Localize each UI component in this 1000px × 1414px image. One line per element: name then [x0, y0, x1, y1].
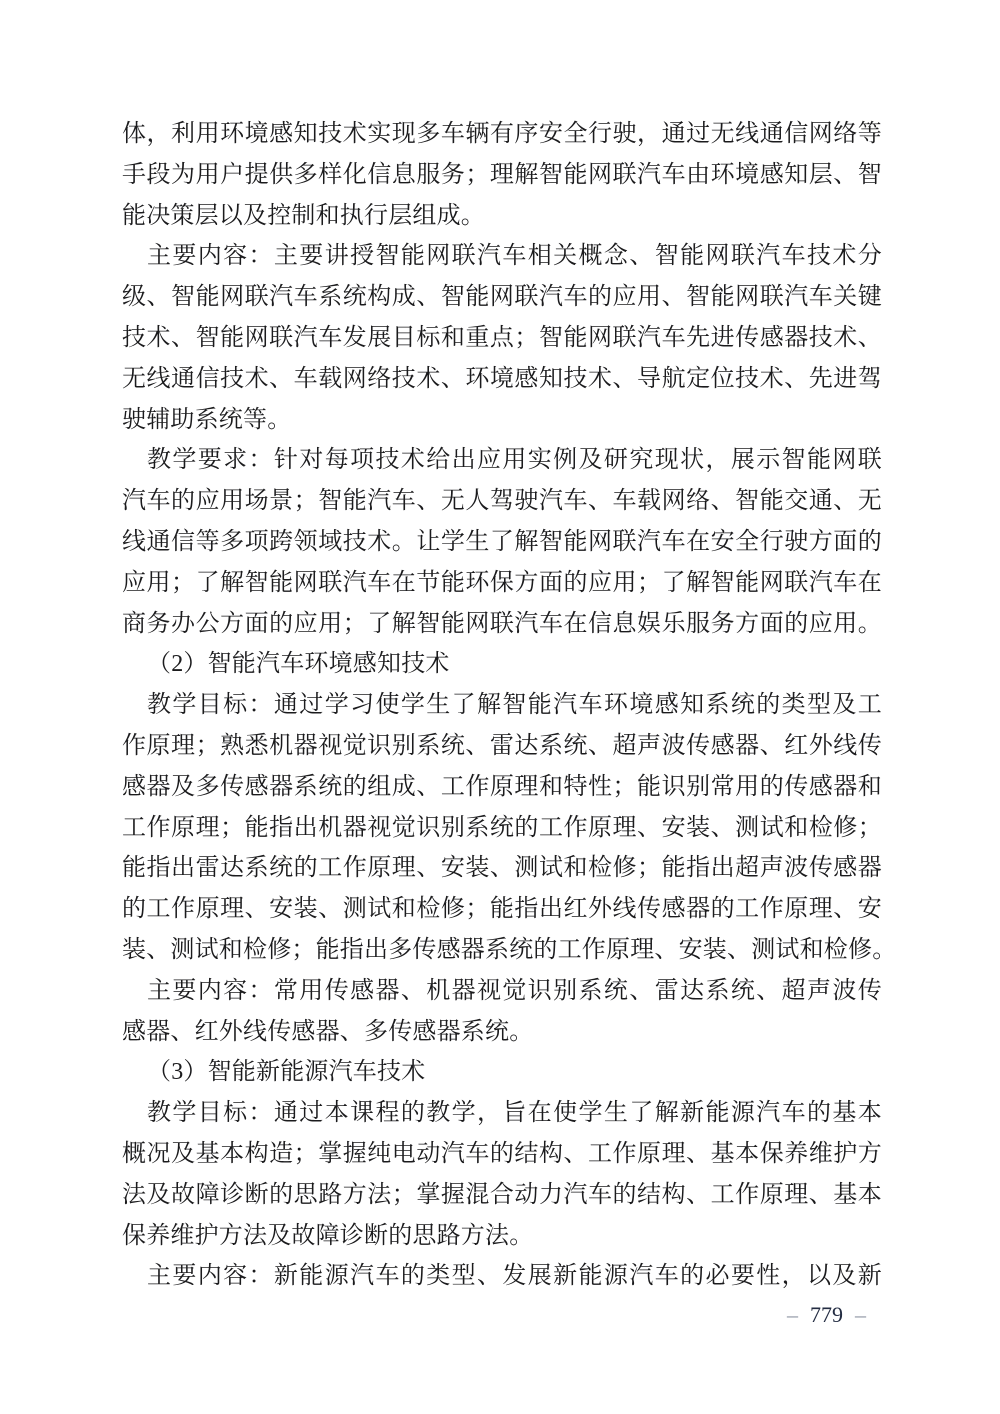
text-line: 教学要求：针对每项技术给出应用实例及研究现状，展示智能网联 [122, 440, 882, 481]
text-line: 技术、智能网联汽车发展目标和重点；智能网联汽车先进传感器技术、 [122, 318, 882, 359]
text-line: 汽车的应用场景；智能汽车、无人驾驶汽车、车载网络、智能交通、无 [122, 481, 882, 522]
page-number: 779 [810, 1302, 843, 1327]
text-line: 概况及基本构造；掌握纯电动汽车的结构、工作原理、基本保养维护方 [122, 1134, 882, 1175]
text-line: （3）智能新能源汽车技术 [122, 1052, 882, 1093]
text-line: 教学目标：通过学习使学生了解智能汽车环境感知系统的类型及工 [122, 685, 882, 726]
text-line: 能指出雷达系统的工作原理、安装、测试和检修；能指出超声波传感器 [122, 848, 882, 889]
text-line: 工作原理；能指出机器视觉识别系统的工作原理、安装、测试和检修； [122, 808, 882, 849]
text-line: 应用；了解智能网联汽车在节能环保方面的应用；了解智能网联汽车在 [122, 563, 882, 604]
text-line: 能决策层以及控制和执行层组成。 [122, 196, 882, 237]
text-line: 主要内容：新能源汽车的类型、发展新能源汽车的必要性，以及新 [122, 1256, 882, 1297]
text-line: 装、测试和检修；能指出多传感器系统的工作原理、安装、测试和检修。 [122, 930, 882, 971]
footer-dash-left: – [787, 1302, 798, 1327]
text-line: 法及故障诊断的思路方法；掌握混合动力汽车的结构、工作原理、基本 [122, 1175, 882, 1216]
text-line: 体，利用环境感知技术实现多车辆有序安全行驶，通过无线通信网络等 [122, 114, 882, 155]
text-line: 作原理；熟悉机器视觉识别系统、雷达系统、超声波传感器、红外线传 [122, 726, 882, 767]
text-line: 商务办公方面的应用；了解智能网联汽车在信息娱乐服务方面的应用。 [122, 604, 882, 645]
text-line: 级、智能网联汽车系统构成、智能网联汽车的应用、智能网联汽车关键 [122, 277, 882, 318]
text-line: 主要内容：主要讲授智能网联汽车相关概念、智能网联汽车技术分 [122, 236, 882, 277]
page-footer: –779– [787, 1300, 866, 1330]
text-line: 保养维护方法及故障诊断的思路方法。 [122, 1216, 882, 1257]
text-line: 感器及多传感器系统的组成、工作原理和特性；能识别常用的传感器和 [122, 767, 882, 808]
text-line: 无线通信技术、车载网络技术、环境感知技术、导航定位技术、先进驾 [122, 359, 882, 400]
text-line: 教学目标：通过本课程的教学，旨在使学生了解新能源汽车的基本 [122, 1093, 882, 1134]
text-line: 感器、红外线传感器、多传感器系统。 [122, 1012, 882, 1053]
text-line: 主要内容：常用传感器、机器视觉识别系统、雷达系统、超声波传 [122, 971, 882, 1012]
document-body: 体，利用环境感知技术实现多车辆有序安全行驶，通过无线通信网络等手段为用户提供多样… [122, 114, 882, 1297]
footer-dash-right: – [855, 1302, 866, 1327]
text-line: 的工作原理、安装、测试和检修；能指出红外线传感器的工作原理、安 [122, 889, 882, 930]
text-line: 手段为用户提供多样化信息服务；理解智能网联汽车由环境感知层、智 [122, 155, 882, 196]
text-line: 驶辅助系统等。 [122, 400, 882, 441]
text-line: 线通信等多项跨领域技术。让学生了解智能网联汽车在安全行驶方面的 [122, 522, 882, 563]
text-line: （2）智能汽车环境感知技术 [122, 644, 882, 685]
document-page: 体，利用环境感知技术实现多车辆有序安全行驶，通过无线通信网络等手段为用户提供多样… [0, 0, 1000, 1414]
